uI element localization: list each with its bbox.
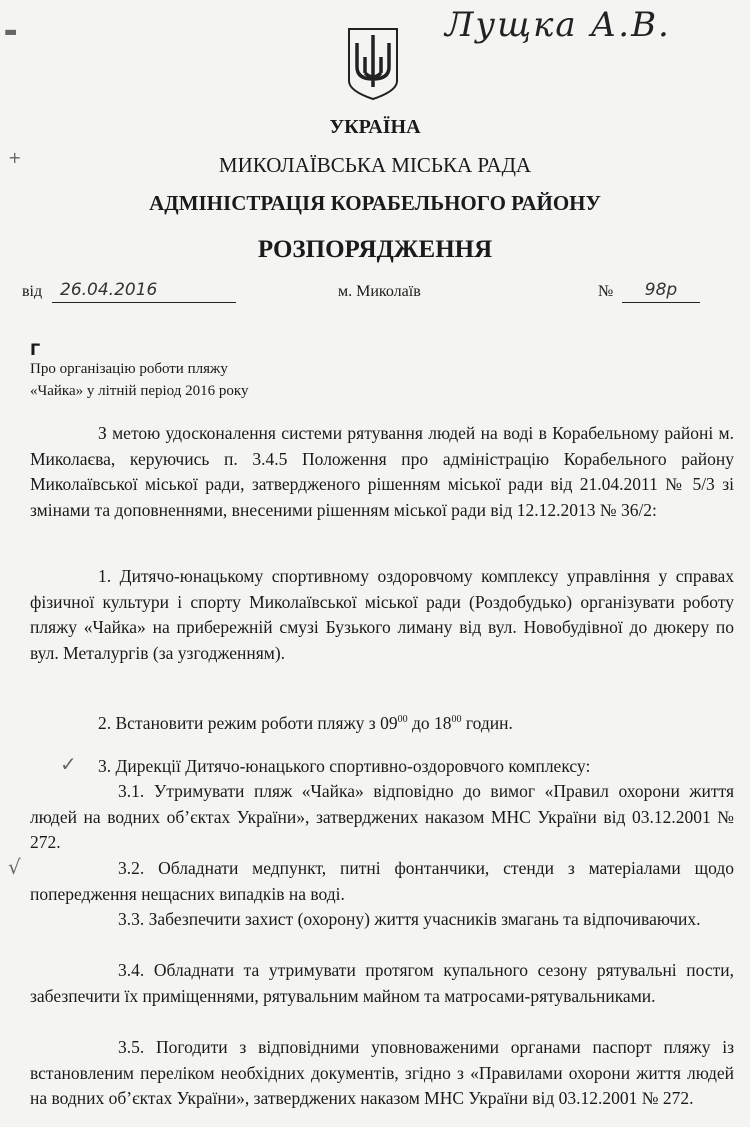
margin-mark: ▬: [4, 24, 17, 40]
document-page: Лущка А.В. ▬ + УКРАЇНА МИКОЛАЇВСЬКА МІСЬ…: [0, 0, 750, 1127]
item-3-2: 3.2. Обладнати медпункт, питні фонтанчик…: [30, 856, 734, 907]
number-label: №: [598, 283, 613, 301]
item-3-3: 3.3. Забезпечити захист (охорону) життя …: [30, 907, 734, 933]
item-3-1: 3.1. Утримувати пляж «Чайка» відповідно …: [30, 779, 734, 856]
date-label: від: [22, 283, 42, 301]
item-3: 3. Дирекції Дитячо-юнацького спортивно-о…: [30, 754, 734, 780]
city-label: м. Миколаїв: [338, 283, 421, 301]
subject-line-1: Про організацію роботи пляжу: [30, 358, 248, 380]
administration-heading: АДМІНІСТРАЦІЯ КОРАБЕЛЬНОГО РАЙОНУ: [0, 191, 750, 216]
document-type-heading: РОЗПОРЯДЖЕННЯ: [0, 236, 750, 264]
check-mark-icon: √: [8, 855, 21, 879]
item-2-suffix: годин.: [462, 713, 513, 733]
country-heading: УКРАЇНА: [0, 116, 750, 139]
item-2-mid: до 18: [408, 713, 452, 733]
item-2: 2. Встановити режим роботи пляжу з 0900 …: [30, 707, 734, 737]
item-2-end-minutes: 00: [452, 714, 462, 725]
handwritten-note: Лущка А.В.: [445, 5, 671, 45]
council-heading: МИКОЛАЇВСЬКА МІСЬКА РАДА: [0, 153, 750, 178]
item-1: 1. Дитячо-юнацькому спортивному оздоровч…: [30, 564, 734, 666]
preamble-paragraph: З метою удосконалення системи рятування …: [30, 421, 734, 523]
subject-bracket: Г: [30, 340, 40, 359]
item-3-5: 3.5. Погодити з відповідними уповноважен…: [30, 1035, 734, 1112]
coat-of-arms-icon: [347, 27, 399, 101]
subject-line-2: «Чайка» у літній період 2016 року: [30, 380, 248, 402]
date-value: 26.04.2016: [52, 280, 236, 303]
item-2-start-minutes: 00: [398, 714, 408, 725]
subject-block: Про організацію роботи пляжу «Чайка» у л…: [30, 358, 248, 402]
number-value: 98р: [622, 280, 700, 303]
item-3-4: 3.4. Обладнати та утримувати протягом ку…: [30, 958, 734, 1009]
item-2-prefix: 2. Встановити режим роботи пляжу з 09: [98, 713, 398, 733]
